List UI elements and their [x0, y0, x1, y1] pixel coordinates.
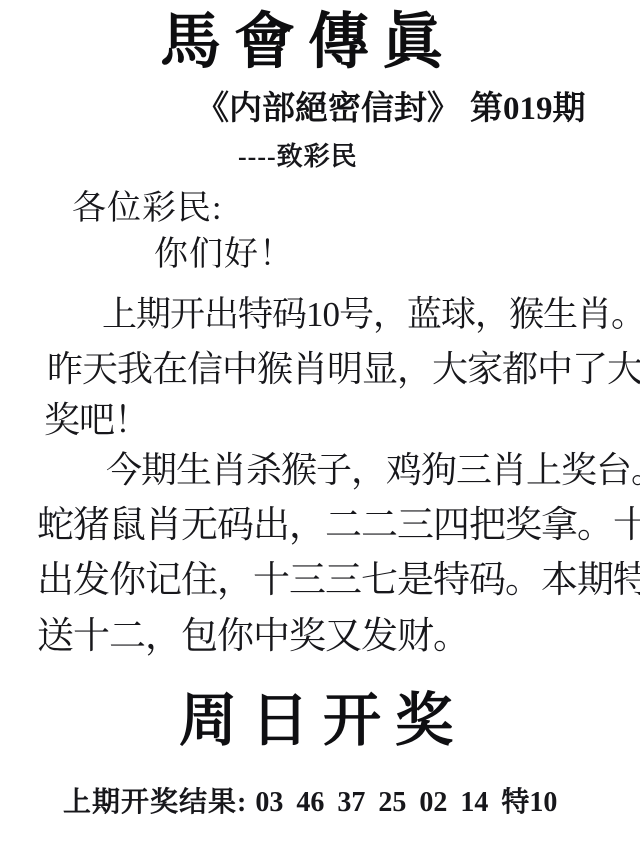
letter-line-5: 蛇猪鼠肖无码出，二二三四把奖拿。十二: [37, 507, 640, 544]
last-result-label: 上期开奖结果:: [63, 787, 247, 818]
last-result-line: 上期开奖结果:034637250214特10: [63, 789, 557, 817]
special-number-value: 10: [529, 787, 557, 818]
letter-line-1: 上期开出特码10号，蓝球，猴生肖。: [102, 297, 640, 332]
fax-flyer-page: 馬會傳眞 《内部絕密信封》第019期 ----致彩民 各位彩民: 你们好！ 上期…: [0, 0, 640, 846]
result-number-4: 25: [378, 787, 406, 818]
result-number-6: 14: [460, 787, 488, 818]
envelope-secret-text: 《内部絕密信封》: [196, 91, 460, 127]
letter-line-3: 奖吧！: [44, 402, 149, 438]
result-number-3: 37: [337, 787, 365, 818]
letter-line-4: 今期生肖杀猴子，鸡狗三肖上奖台。: [106, 452, 640, 488]
dedication-line: ----致彩民: [238, 144, 358, 170]
salutation-line: 各位彩民:: [72, 192, 222, 226]
letter-line-2: 昨天我在信中猴肖明显，大家都中了大: [47, 351, 640, 387]
draw-day-notice: 周日开奖: [179, 692, 467, 750]
result-number-5: 02: [419, 787, 447, 818]
greeting-line: 你们好！: [154, 238, 294, 272]
result-number-1: 03: [255, 787, 283, 818]
letter-line-6: 出发你记住，十三三七是特码。本期特肖: [37, 562, 640, 599]
special-number-group: 特10: [501, 787, 557, 818]
issue-number: 第019期: [470, 91, 586, 127]
letter-line-7: 送十二，包你中奖又发财。: [37, 618, 469, 655]
result-number-2: 46: [296, 787, 324, 818]
issue-line: 《内部絕密信封》第019期: [196, 93, 586, 126]
page-title: 馬會傳眞: [160, 12, 456, 73]
special-number-label: 特: [501, 787, 529, 818]
